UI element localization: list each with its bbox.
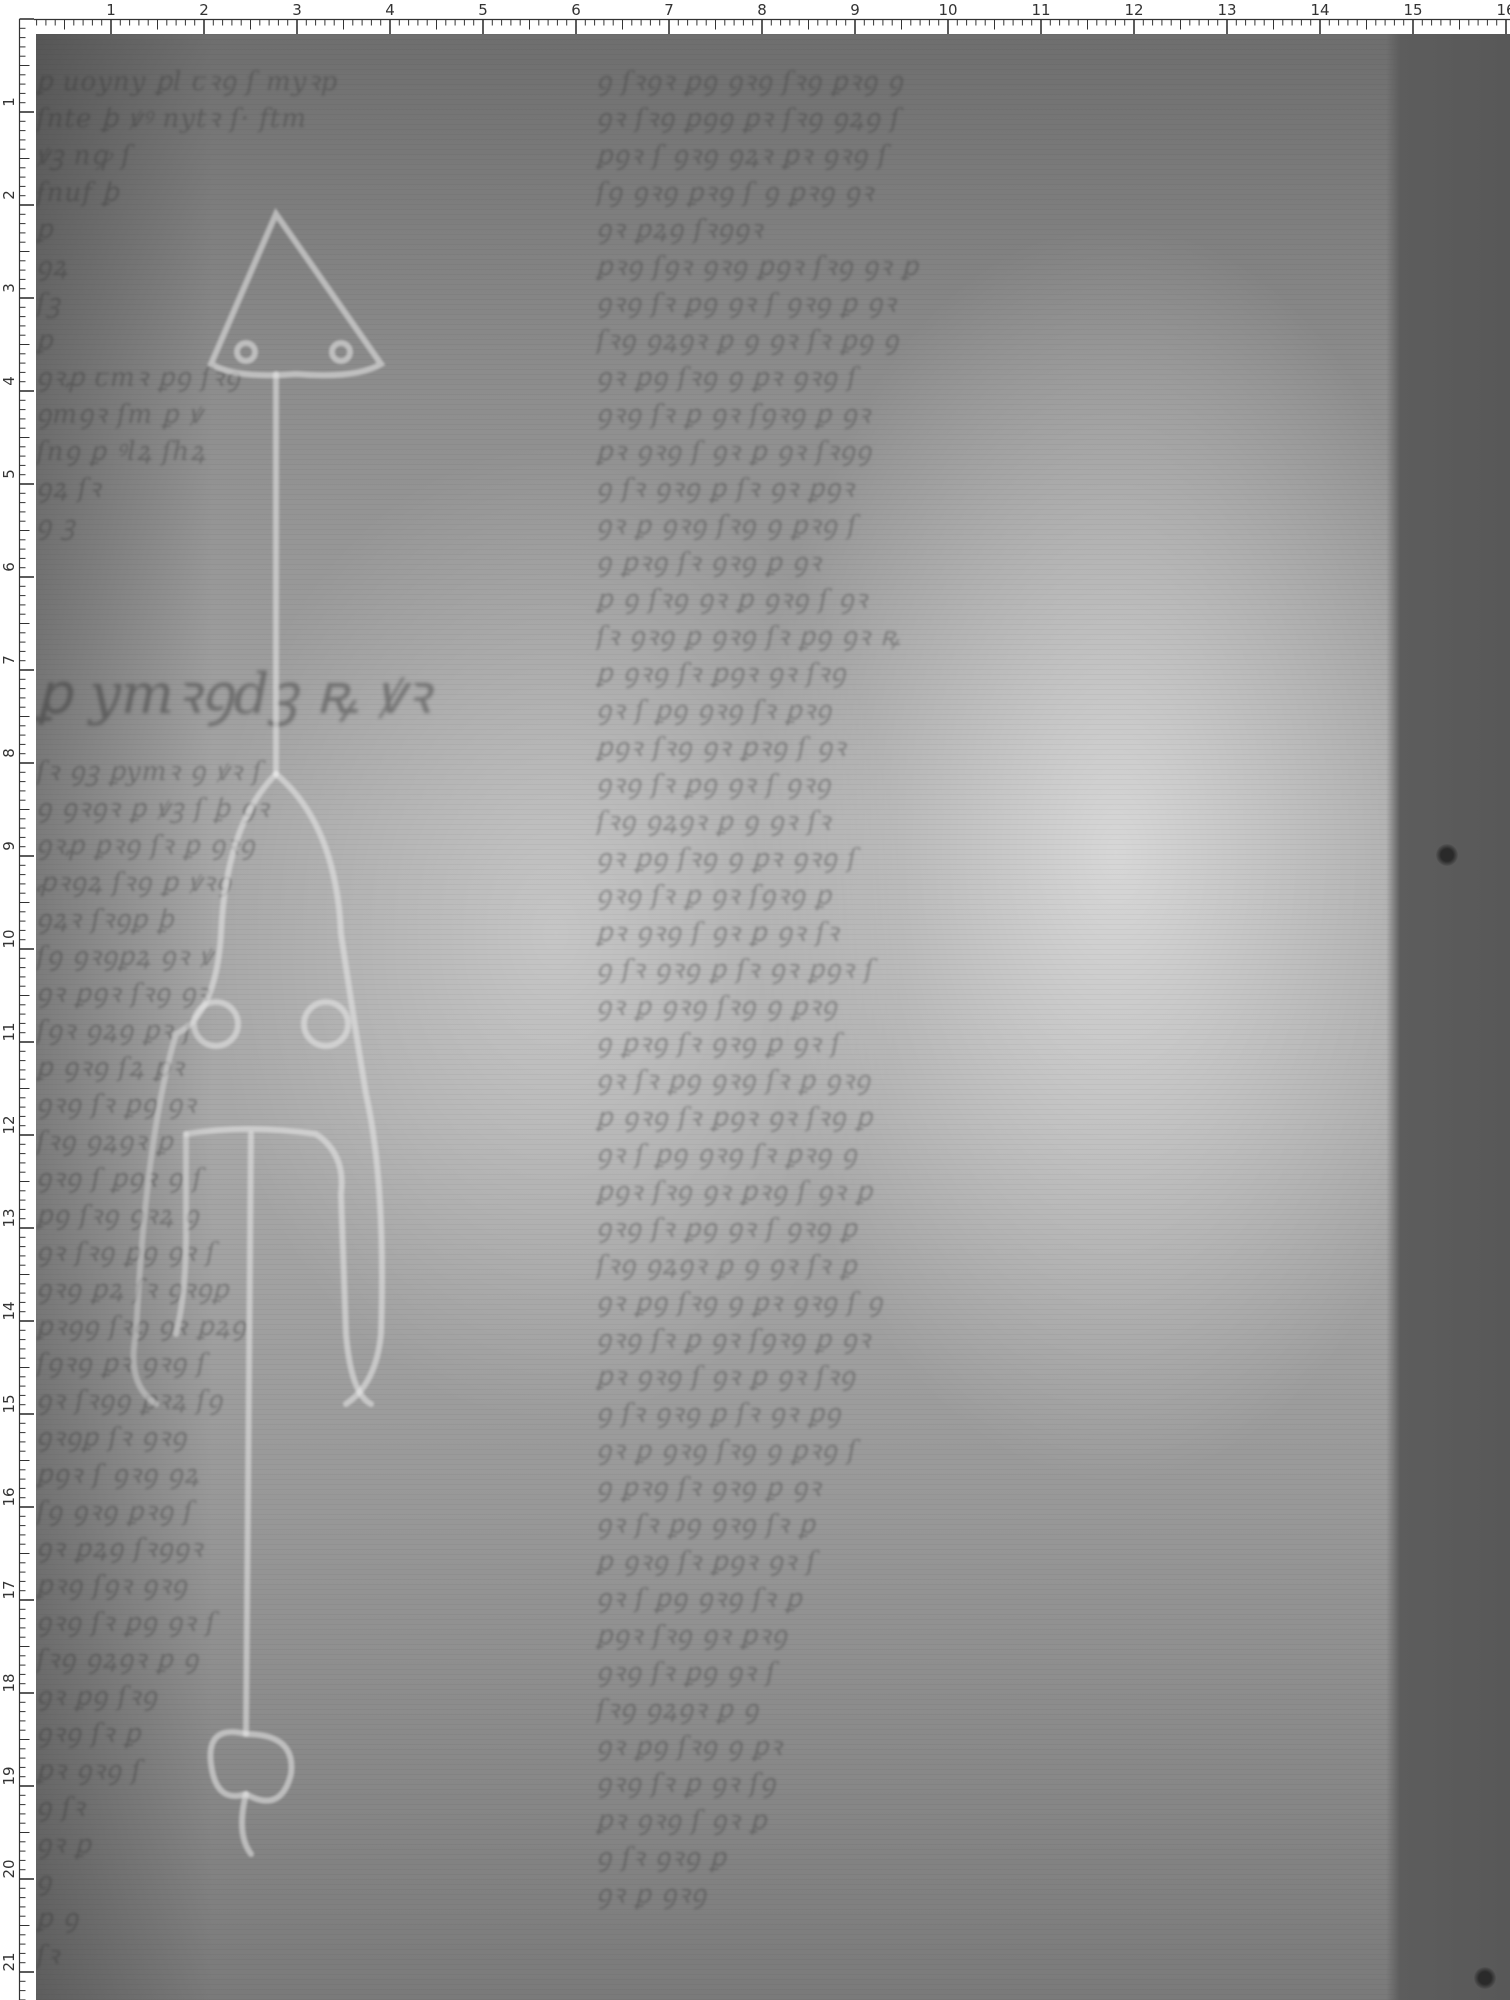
ruler-left-label: 4 [0,376,18,386]
ruler-left-label: 21 [0,1952,18,1971]
ruler-top-label: 6 [571,1,581,19]
ruler-left-label: 15 [0,1394,18,1413]
manuscript-scan: ꝑ uoyny ꝑl ꞇꝛꝯ ſ myꝛpſnte ꝧ ꝟꝰ nytꝛ ſ· f… [36,34,1510,2000]
ruler-top: 012345678910111213141516 [0,0,1510,34]
ruler-left-label: 18 [0,1673,18,1692]
ruler-top-label: 2 [199,1,209,19]
ruler-top-label: 16 [1496,1,1510,19]
ruler-top-label: 4 [385,1,395,19]
ruler-left-ticks: 123456789101112131415161718192021 [0,0,34,2000]
ruler-left-label: 16 [0,1487,18,1506]
ruler-top-label: 1 [106,1,116,19]
ruler-top-label: 10 [938,1,957,19]
ruler-left-label: 12 [0,1115,18,1134]
ruler-left-label: 2 [0,190,18,200]
ruler-left-label: 10 [0,929,18,948]
background-strip [1386,34,1510,2000]
ruler-top-label: 11 [1031,1,1050,19]
ruler-left-label: 7 [0,655,18,665]
ruler-top-label: 9 [850,1,860,19]
ruler-left-label: 19 [0,1766,18,1785]
ruler-top-label: 7 [664,1,674,19]
ruler-left-label: 20 [0,1859,18,1878]
ruler-top-label: 15 [1403,1,1422,19]
ruler-left-label: 13 [0,1208,18,1227]
ruler-left: 123456789101112131415161718192021 [0,0,34,2000]
ruler-top-label: 13 [1217,1,1236,19]
registration-dot [1474,1967,1496,1989]
ruler-top-ticks: 012345678910111213141516 [0,0,1510,34]
ruler-top-label: 8 [757,1,767,19]
ruler-left-label: 11 [0,1022,18,1041]
ruler-top-label: 5 [478,1,488,19]
ruler-left-label: 6 [0,562,18,572]
ruler-left-label: 17 [0,1580,18,1599]
ruler-left-label: 3 [0,283,18,293]
ruler-left-label: 5 [0,469,18,479]
registration-dot [1436,844,1458,866]
edge-shadow [36,34,1510,2000]
ruler-left-label: 8 [0,748,18,758]
ruler-top-label: 14 [1310,1,1329,19]
ruler-left-label: 9 [0,841,18,851]
ruler-top-label: 12 [1124,1,1143,19]
ruler-left-label: 14 [0,1301,18,1320]
ruler-top-label: 3 [292,1,302,19]
ruler-left-label: 1 [0,97,18,107]
